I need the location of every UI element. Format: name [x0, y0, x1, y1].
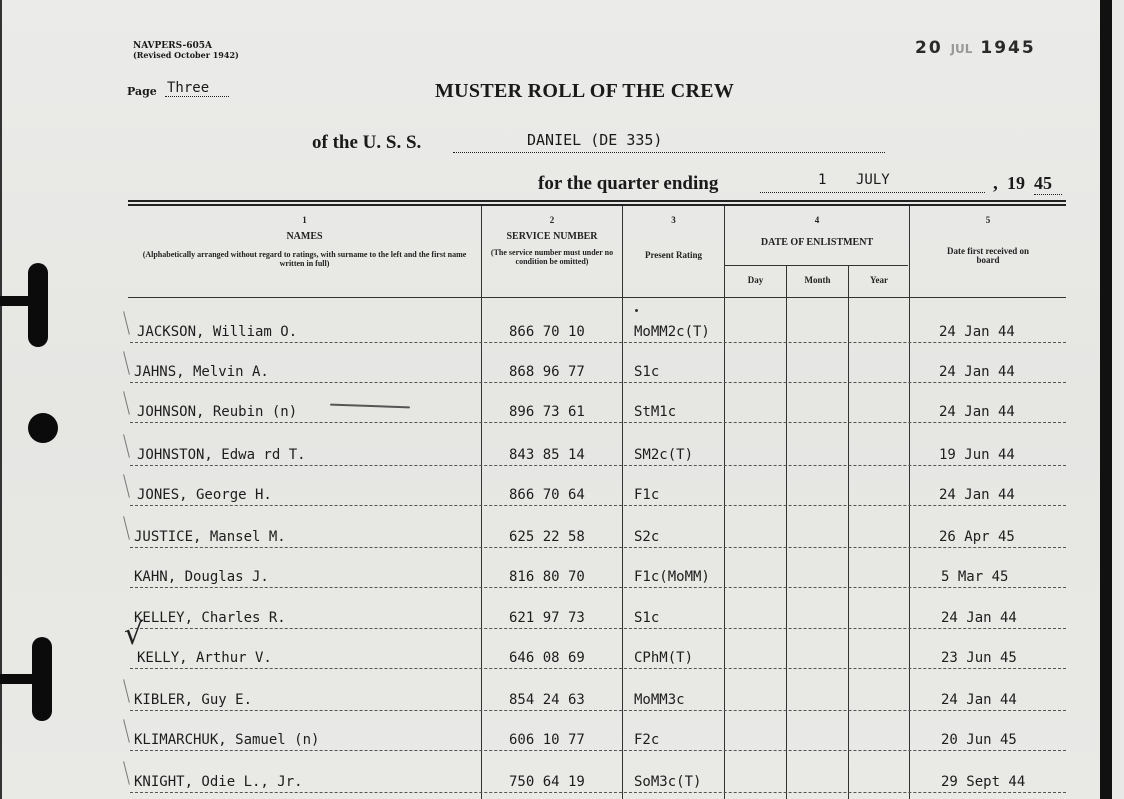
header-received-title: Date first received on board [910, 247, 1066, 265]
ink-dot [635, 309, 638, 312]
header-service-number-title: SERVICE NUMBER [482, 231, 622, 242]
quarter-comma: , [993, 173, 998, 195]
crew-name: KELLY, Arthur V. [137, 650, 272, 666]
date-received: 23 Jun 45 [941, 650, 1017, 666]
row-dotted-line [130, 505, 1066, 506]
pencil-tick-mark [123, 391, 130, 415]
crew-name: KAHN, Douglas J. [134, 569, 269, 585]
binder-hole-middle [28, 413, 58, 443]
document-title: MUSTER ROLL OF THE CREW [435, 80, 734, 103]
table-row: JOHNSON, Reubin (n) 896 73 61 StM1c 24 J… [128, 383, 1066, 423]
service-number: 843 85 14 [509, 447, 585, 463]
service-number: 866 70 10 [509, 324, 585, 340]
row-dotted-line [130, 422, 1066, 423]
crew-name: KNIGHT, Odie L., Jr. [134, 774, 303, 790]
header-date-received: 5 Date first received on board [910, 215, 1066, 265]
header-service-number-note: (The service number must under no condit… [482, 248, 622, 266]
quarter-month-field: JULY [856, 172, 890, 188]
form-identifier: NAVPERS-605A (Revised October 1942) [133, 42, 239, 60]
table-row: JACKSON, William O. 866 70 10 MoMM2c(T) … [128, 303, 1066, 343]
present-rating: F1c [634, 487, 659, 503]
header-names-title: NAMES [128, 231, 481, 242]
pencil-tick-mark [123, 516, 130, 540]
service-number: 750 64 19 [509, 774, 585, 790]
present-rating: CPhM(T) [634, 650, 693, 666]
date-received: 19 Jun 44 [939, 447, 1015, 463]
date-received: 24 Jan 44 [941, 692, 1017, 708]
service-number: 606 10 77 [509, 732, 585, 748]
date-received: 24 Jan 44 [939, 404, 1015, 420]
page-number-field: Three [165, 80, 229, 97]
ship-name-field: DANIEL (DE 335) [527, 131, 662, 149]
header-present-rating: 3 Present Rating [623, 215, 724, 260]
crew-name: JACKSON, William O. [137, 324, 297, 340]
header-date-of-enlistment: 4 DATE OF ENLISTMENT [725, 215, 909, 248]
date-received: 24 Jan 44 [939, 364, 1015, 380]
table-row: JAHNS, Melvin A. 868 96 77 S1c 24 Jan 44 [128, 343, 1066, 383]
pencil-tick-mark [123, 474, 130, 498]
table-row: KAHN, Douglas J. 816 80 70 F1c(MoMM) 5 M… [128, 548, 1066, 588]
stamp-month: JUL [951, 42, 973, 56]
stamp-day: 20 [915, 38, 943, 58]
pencil-tick-mark [123, 311, 130, 335]
page-label: Page [127, 85, 157, 98]
quarter-label: for the quarter ending [538, 173, 718, 195]
table-top-rule [128, 200, 1066, 202]
crew-name: JOHNSON, Reubin (n) [137, 404, 297, 420]
service-number: 866 70 64 [509, 487, 585, 503]
checkmark-icon: √ [124, 617, 143, 652]
ship-name-line [453, 134, 885, 153]
service-number: 621 97 73 [509, 610, 585, 626]
service-number: 896 73 61 [509, 404, 585, 420]
present-rating: S1c [634, 364, 659, 380]
present-rating: F1c(MoMM) [634, 569, 710, 585]
present-rating: F2c [634, 732, 659, 748]
header-service-number-number: 2 [482, 215, 622, 225]
header-enlistment-month: Month [787, 276, 848, 285]
scan-border-right [1100, 0, 1112, 799]
service-number: 646 08 69 [509, 650, 585, 666]
crew-name: KLIMARCHUK, Samuel (n) [134, 732, 319, 748]
date-received: 24 Jan 44 [941, 610, 1017, 626]
date-received: 24 Jan 44 [939, 487, 1015, 503]
pencil-tick-mark [123, 351, 130, 375]
enlistment-subheader-rule [724, 265, 908, 266]
stamp-year: 1945 [980, 38, 1035, 58]
table-row: KLIMARCHUK, Samuel (n) 606 10 77 F2c 20 … [128, 711, 1066, 751]
crew-name: JUSTICE, Mansel M. [134, 529, 286, 545]
table-row: JUSTICE, Mansel M. 625 22 58 S2c 26 Apr … [128, 508, 1066, 548]
pencil-tick-mark [123, 761, 130, 785]
date-stamp: 20 JUL 1945 [915, 38, 1036, 58]
header-service-number: 2 SERVICE NUMBER (The service number mus… [482, 215, 622, 266]
header-names-number: 1 [128, 215, 481, 225]
quarter-year-field: 45 [1034, 173, 1062, 195]
pencil-tick-mark [123, 434, 130, 458]
header-names: 1 NAMES (Alphabetically arranged without… [128, 215, 481, 268]
quarter-day-field: 1 [818, 172, 826, 188]
service-number: 854 24 63 [509, 692, 585, 708]
table-row: JONES, George H. 866 70 64 F1c 24 Jan 44 [128, 466, 1066, 506]
table-row: JOHNSTON, Edwa rd T. 843 85 14 SM2c(T) 1… [128, 426, 1066, 466]
row-dotted-line [130, 792, 1066, 793]
header-enlistment-title: DATE OF ENLISTMENT [725, 237, 909, 248]
header-rating-number: 3 [623, 215, 724, 225]
form-revision: (Revised October 1942) [133, 51, 239, 60]
date-received: 5 Mar 45 [941, 569, 1008, 585]
table-row: KELLEY, Charles R. 621 97 73 S1c 24 Jan … [128, 589, 1066, 629]
present-rating: S1c [634, 610, 659, 626]
table-top-rule-2 [128, 204, 1066, 206]
row-dotted-line [130, 750, 1066, 751]
table-header-rule [128, 297, 1066, 298]
table-row: √ KELLY, Arthur V. 646 08 69 CPhM(T) 23 … [128, 629, 1066, 669]
service-number: 816 80 70 [509, 569, 585, 585]
service-number: 625 22 58 [509, 529, 585, 545]
pencil-tick-mark [123, 679, 130, 703]
date-received: 29 Sept 44 [941, 774, 1025, 790]
date-received: 26 Apr 45 [939, 529, 1015, 545]
header-rating-title: Present Rating [623, 251, 724, 260]
present-rating: MoMM2c(T) [634, 324, 710, 340]
present-rating: SoM3c(T) [634, 774, 701, 790]
date-received: 24 Jan 44 [939, 324, 1015, 340]
quarter-year-prefix: 19 [1007, 173, 1025, 194]
crew-name: JAHNS, Melvin A. [134, 364, 269, 380]
service-number: 868 96 77 [509, 364, 585, 380]
pencil-tick-mark [123, 719, 130, 743]
muster-roll-page: NAVPERS-605A (Revised October 1942) 20 J… [0, 0, 1112, 799]
table-row: KIBLER, Guy E. 854 24 63 MoMM3c 24 Jan 4… [128, 671, 1066, 711]
crew-name: JONES, George H. [137, 487, 272, 503]
header-enlistment-year: Year [849, 276, 909, 285]
crew-name: KELLEY, Charles R. [134, 610, 286, 626]
header-enlistment-number: 4 [725, 215, 909, 225]
present-rating: S2c [634, 529, 659, 545]
date-received: 20 Jun 45 [941, 732, 1017, 748]
ship-label: of the U. S. S. [312, 132, 421, 154]
header-enlistment-day: Day [725, 276, 786, 285]
header-received-number: 5 [910, 215, 1066, 225]
present-rating: MoMM3c [634, 692, 685, 708]
header-names-note: (Alphabetically arranged without regard … [128, 250, 481, 268]
present-rating: SM2c(T) [634, 447, 693, 463]
present-rating: StM1c [634, 404, 676, 420]
crew-name: KIBLER, Guy E. [134, 692, 252, 708]
table-row: KNIGHT, Odie L., Jr. 750 64 19 SoM3c(T) … [128, 753, 1066, 793]
row-dotted-line [130, 668, 1066, 669]
row-dotted-line [130, 587, 1066, 588]
crew-name: JOHNSTON, Edwa rd T. [137, 447, 306, 463]
